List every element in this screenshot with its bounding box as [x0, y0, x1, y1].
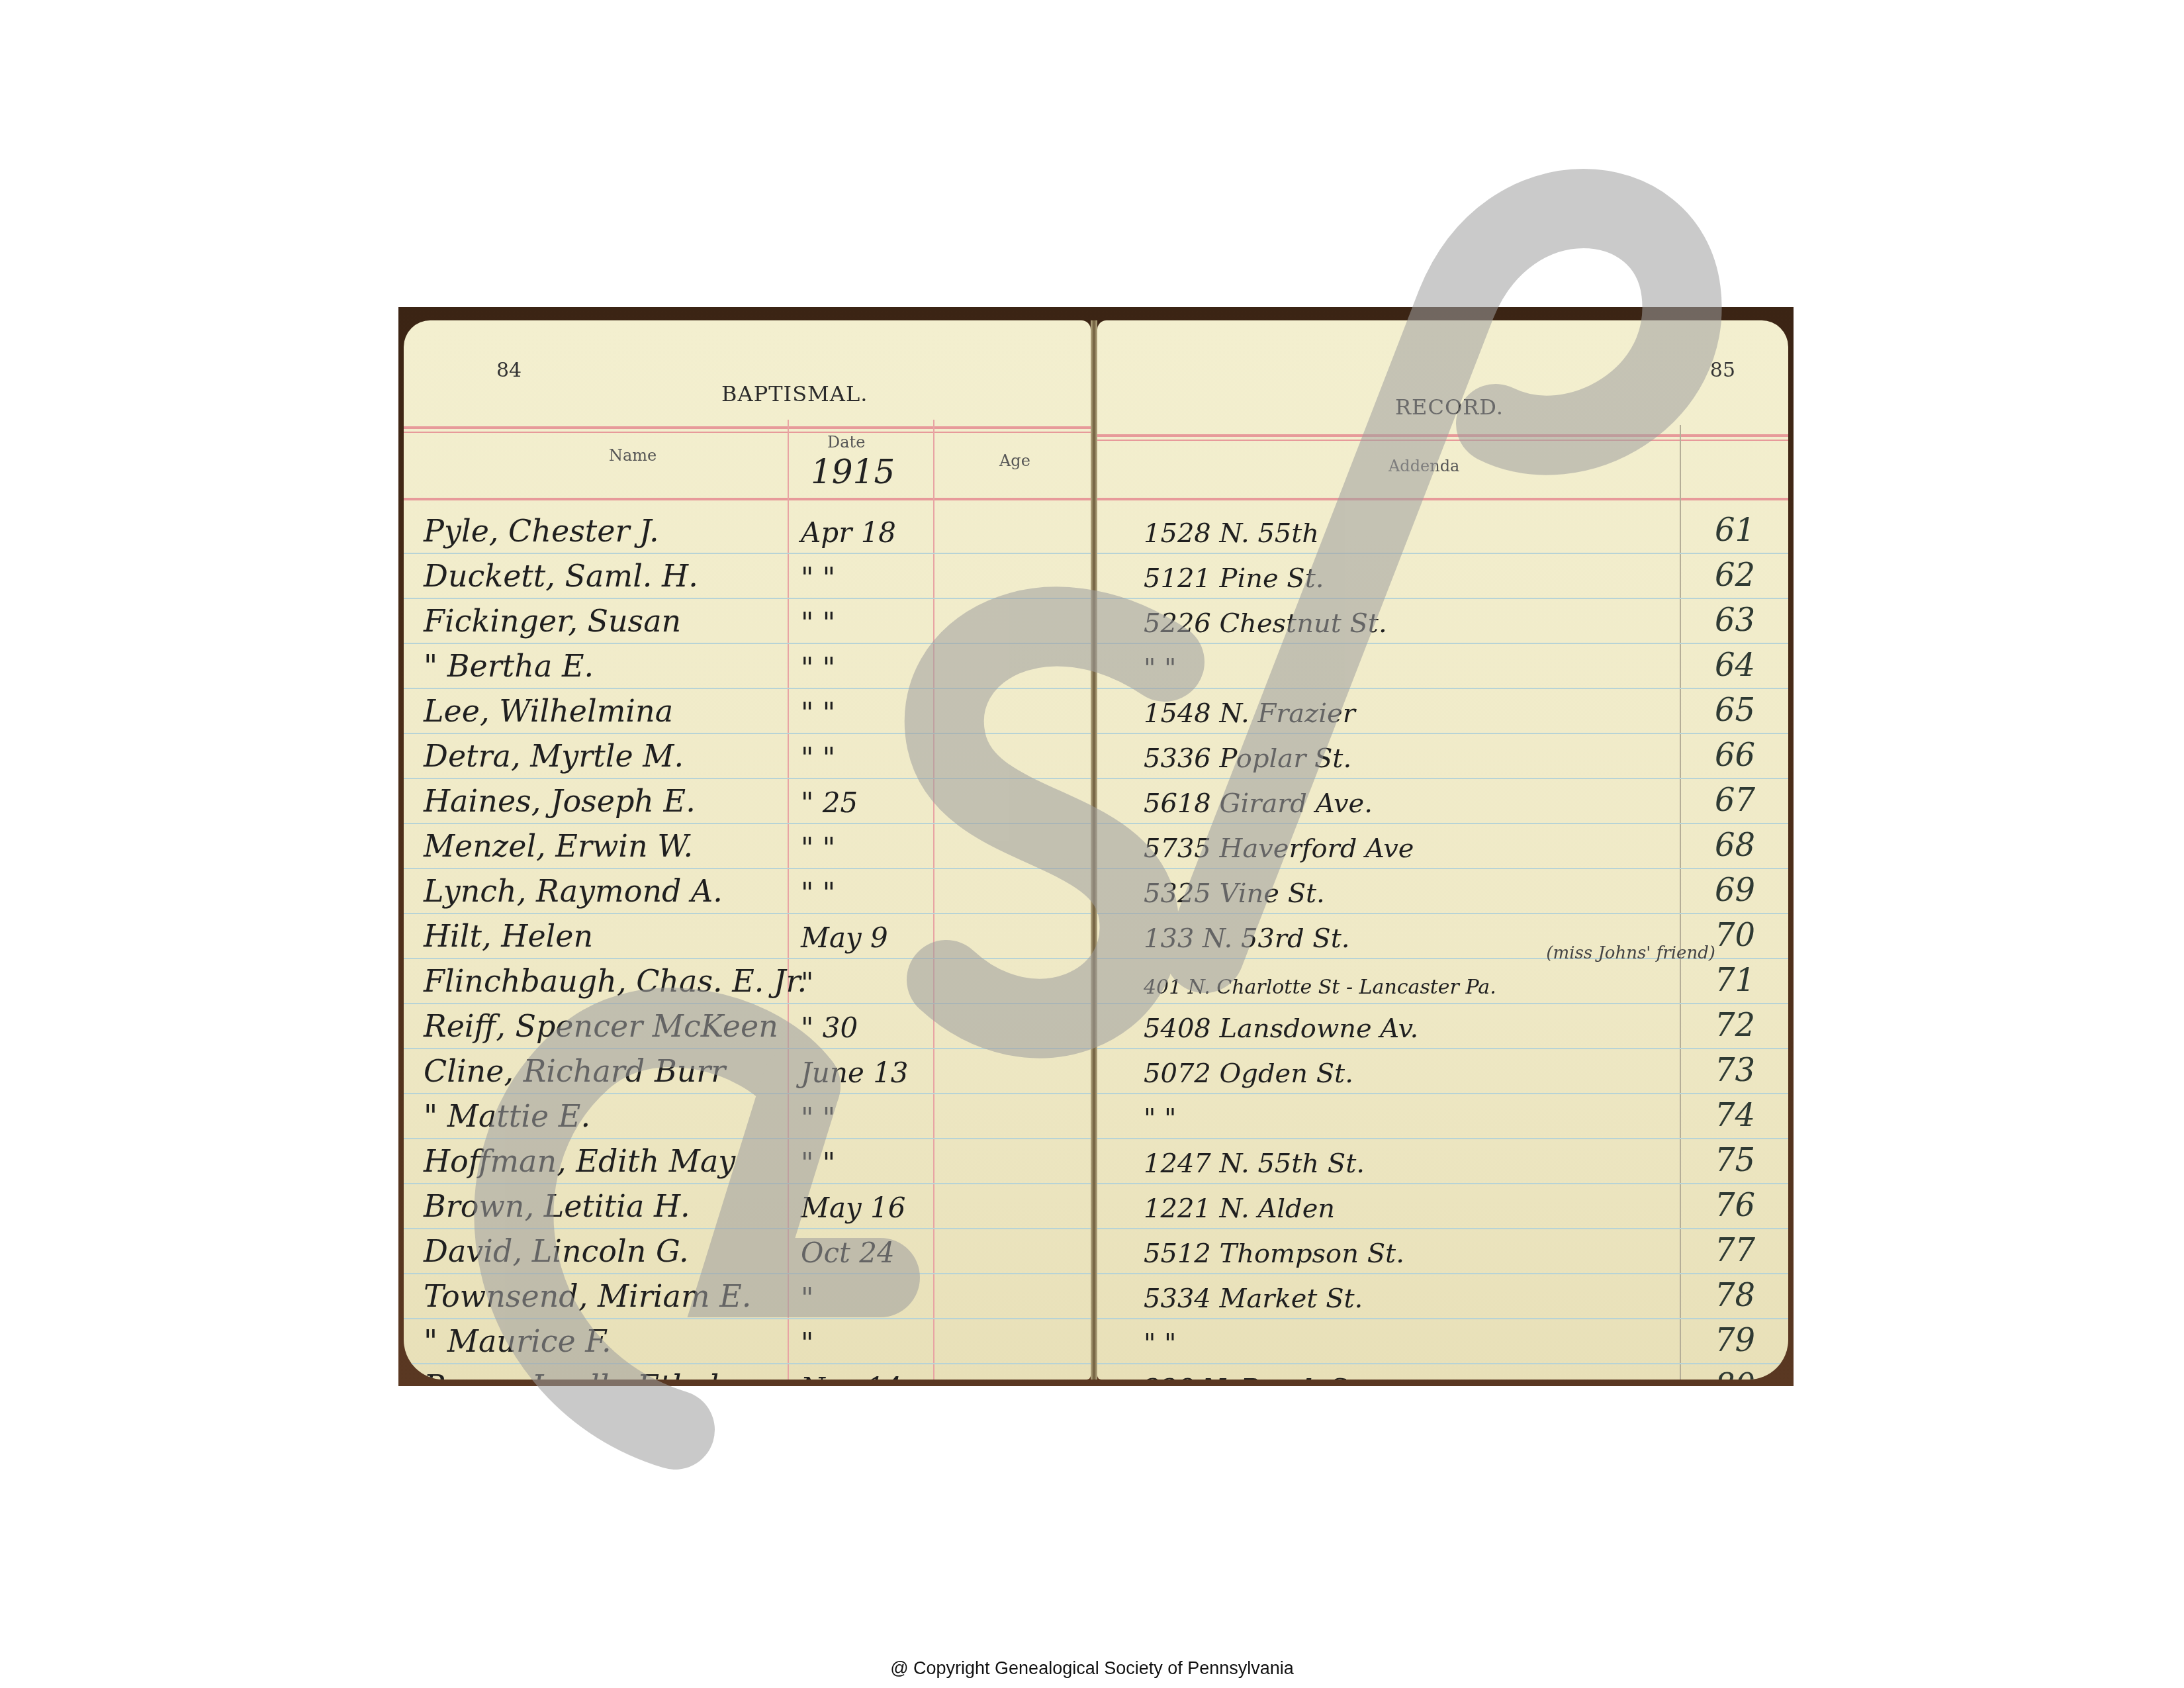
entry-number: 79 [1715, 1322, 1755, 1359]
entry-date: " " [801, 741, 835, 774]
entry-number: 68 [1715, 827, 1755, 864]
entry-name: " Maurice F. [424, 1323, 612, 1359]
table-row: 5121 Pine St. 62 [1097, 554, 1788, 599]
entry-address: 1528 N. 55th [1144, 518, 1319, 549]
entry-date: " [801, 1282, 813, 1314]
table-row: Pyle, Chester J. Apr 18 [404, 509, 1091, 554]
table-row: 5325 Vine St. 69 [1097, 869, 1788, 914]
table-row: Duckett, Saml. H. " " [404, 554, 1091, 599]
right-page: 85 RECORD. Addenda 1528 N. 55th 615121 P… [1097, 320, 1788, 1380]
table-row: Hoffman, Edith May " " [404, 1139, 1091, 1184]
header-rule [404, 426, 1091, 429]
page-number: 84 [496, 359, 522, 382]
entry-date: Oct 24 [801, 1237, 895, 1269]
header-rule [404, 498, 1091, 500]
page-title: RECORD. [1395, 395, 1504, 420]
entry-number: 71 [1715, 962, 1755, 999]
table-row: " Maurice F. " [404, 1319, 1091, 1364]
addenda-entries: 1528 N. 55th 615121 Pine St. 625226 Ches… [1097, 509, 1788, 1380]
table-row: Flinchbaugh, Chas. E. Jr. " [404, 959, 1091, 1004]
entry-number: 70 [1715, 917, 1755, 954]
column-header-date: Date [827, 433, 865, 451]
table-row: Menzel, Erwin W. " " [404, 824, 1091, 869]
table-row: " " 64 [1097, 644, 1788, 689]
table-row: 401 N. Charlotte St - Lancaster Pa. 71(m… [1097, 959, 1788, 1004]
entry-address: 228 N. Peach St. [1144, 1374, 1367, 1380]
entry-name: " Mattie E. [424, 1098, 590, 1134]
entry-number: 66 [1715, 737, 1755, 774]
entry-number: 76 [1715, 1187, 1755, 1224]
entry-date: " 30 [801, 1011, 858, 1044]
record-book-photo: 84 BAPTISMAL. Name Date Age 1915 Pyle, C… [398, 307, 1794, 1386]
entry-address: 1548 N. Frazier [1144, 698, 1355, 729]
entry-number: 73 [1715, 1052, 1755, 1089]
table-row: 1247 N. 55th St. 75 [1097, 1139, 1788, 1184]
entry-name: David, Lincoln G. [424, 1233, 689, 1269]
entry-date: " " [801, 696, 835, 729]
table-row: Cline, Richard Burr June 13 [404, 1049, 1091, 1094]
entry-number: 72 [1715, 1007, 1755, 1044]
table-row: 5735 Haverford Ave 68 [1097, 824, 1788, 869]
entry-number: 78 [1715, 1277, 1755, 1314]
entry-address: " " [1144, 1329, 1177, 1359]
table-row: Hilt, Helen May 9 [404, 914, 1091, 959]
entry-name: Hilt, Helen [424, 918, 593, 954]
header-rule [404, 432, 1091, 433]
entry-number: 65 [1715, 692, 1755, 729]
entry-date: May 9 [801, 921, 888, 954]
entry-address: 5618 Girard Ave. [1144, 788, 1373, 819]
table-row: 228 N. Peach St. 80 [1097, 1364, 1788, 1380]
entry-name: Haines, Joseph E. [424, 783, 696, 819]
entry-address: 5408 Lansdowne Av. [1144, 1013, 1418, 1044]
entry-number: 77 [1715, 1232, 1755, 1269]
entry-address: 401 N. Charlotte St - Lancaster Pa. [1144, 976, 1496, 999]
entry-address: 5334 Market St. [1144, 1284, 1363, 1314]
entry-name: Menzel, Erwin W. [424, 828, 693, 864]
table-row: 5334 Market St. 78 [1097, 1274, 1788, 1319]
entry-address: 5336 Poplar St. [1144, 743, 1351, 774]
entry-name: Detra, Myrtle M. [424, 738, 684, 774]
entry-note: (miss Johns' friend) [1546, 945, 1715, 962]
entry-name: Duckett, Saml. H. [424, 558, 698, 594]
header-rule [1097, 434, 1788, 437]
header-rule [1097, 498, 1788, 500]
entry-name: " Bertha E. [424, 648, 594, 684]
entry-date: " 25 [801, 786, 858, 819]
entry-name: Reiff, Spencer McKeen [424, 1008, 778, 1044]
baptism-entries: Pyle, Chester J. Apr 18Duckett, Saml. H.… [404, 509, 1091, 1380]
entry-name: Brown, Letitia H. [424, 1188, 690, 1224]
left-page: 84 BAPTISMAL. Name Date Age 1915 Pyle, C… [404, 320, 1091, 1380]
book-gutter [1091, 320, 1097, 1380]
entry-name: Townsend, Miriam E. [424, 1278, 751, 1314]
table-row: Fickinger, Susan " " [404, 599, 1091, 644]
table-row: " " 74 [1097, 1094, 1788, 1139]
entry-name: Hoffman, Edith May [424, 1143, 735, 1179]
table-row: " Bertha E. " " [404, 644, 1091, 689]
entry-number: 80 [1715, 1367, 1755, 1380]
entry-address: 5735 Haverford Ave [1144, 833, 1414, 864]
page-number: 85 [1710, 359, 1735, 382]
copyright-notice: @ Copyright Genealogical Society of Penn… [0, 1658, 2184, 1679]
entry-date: " " [801, 876, 835, 909]
entry-address: 5325 Vine St. [1144, 878, 1325, 909]
entry-date: " " [801, 561, 835, 594]
table-row: 1528 N. 55th 61 [1097, 509, 1788, 554]
header-rule [1097, 440, 1788, 441]
table-row: Lee, Wilhelmina " " [404, 689, 1091, 734]
entry-name: Lynch, Raymond A. [424, 873, 723, 909]
table-row: Brown, Letitia H. May 16 [404, 1184, 1091, 1229]
table-row: 5618 Girard Ave. 67 [1097, 779, 1788, 824]
entry-number: 69 [1715, 872, 1755, 909]
entry-number: 74 [1715, 1097, 1755, 1134]
table-row: Townsend, Miriam E. " [404, 1274, 1091, 1319]
table-row: " " 79 [1097, 1319, 1788, 1364]
entry-address: 5072 Ogden St. [1144, 1058, 1353, 1089]
entry-number: 67 [1715, 782, 1755, 819]
entry-name: Fickinger, Susan [424, 603, 681, 639]
entry-address: " " [1144, 1103, 1177, 1134]
table-row: 1221 N. Alden 76 [1097, 1184, 1788, 1229]
entry-address: 133 N. 53rd St. [1144, 923, 1349, 954]
entry-address: 5226 Chestnut St. [1144, 608, 1387, 639]
table-row: " Mattie E. " " [404, 1094, 1091, 1139]
entry-address: 1221 N. Alden [1144, 1194, 1335, 1224]
column-header-age: Age [999, 451, 1030, 470]
entry-name: Lee, Wilhelmina [424, 693, 673, 729]
entry-date: " " [801, 1147, 835, 1179]
column-header-addenda: Addenda [1388, 457, 1459, 475]
entry-name: Cline, Richard Burr [424, 1053, 725, 1089]
entry-date: " [801, 966, 813, 999]
entry-number: 63 [1715, 602, 1755, 639]
table-row: Haines, Joseph E. " 25 [404, 779, 1091, 824]
table-row: David, Lincoln G. Oct 24 [404, 1229, 1091, 1274]
entry-number: 62 [1715, 557, 1755, 594]
table-row: 5408 Lansdowne Av. 72 [1097, 1004, 1788, 1049]
entry-name: Pease, Luella Ethel [424, 1368, 719, 1380]
table-row: Detra, Myrtle M. " " [404, 734, 1091, 779]
entry-number: 64 [1715, 647, 1755, 684]
entry-date: " " [801, 606, 835, 639]
entry-address: 5512 Thompson St. [1144, 1239, 1404, 1269]
entry-date: Apr 18 [801, 516, 896, 549]
entry-date: May 16 [801, 1192, 906, 1224]
column-header-name: Name [609, 446, 657, 465]
entry-name: Pyle, Chester J. [424, 513, 659, 549]
entry-date: Nov 14 [801, 1372, 902, 1380]
table-row: 5072 Ogden St. 73 [1097, 1049, 1788, 1094]
year-annotation: 1915 [811, 453, 895, 491]
entry-date: " " [801, 1102, 835, 1134]
table-row: Pease, Luella Ethel Nov 14 [404, 1364, 1091, 1380]
table-row: Lynch, Raymond A. " " [404, 869, 1091, 914]
table-row: 5336 Poplar St. 66 [1097, 734, 1788, 779]
entry-number: 75 [1715, 1142, 1755, 1179]
entry-date: " [801, 1327, 813, 1359]
page-title: BAPTISMAL. [721, 381, 868, 406]
entry-number: 61 [1715, 512, 1755, 549]
table-row: 1548 N. Frazier 65 [1097, 689, 1788, 734]
table-row: Reiff, Spencer McKeen " 30 [404, 1004, 1091, 1049]
entry-date: June 13 [801, 1056, 909, 1089]
entry-address: " " [1144, 653, 1177, 684]
entry-address: 5121 Pine St. [1144, 563, 1324, 594]
entry-name: Flinchbaugh, Chas. E. Jr. [424, 963, 807, 999]
entry-date: " " [801, 831, 835, 864]
entry-date: " " [801, 651, 835, 684]
table-row: 5226 Chestnut St. 63 [1097, 599, 1788, 644]
entry-address: 1247 N. 55th St. [1144, 1149, 1365, 1179]
table-row: 5512 Thompson St. 77 [1097, 1229, 1788, 1274]
